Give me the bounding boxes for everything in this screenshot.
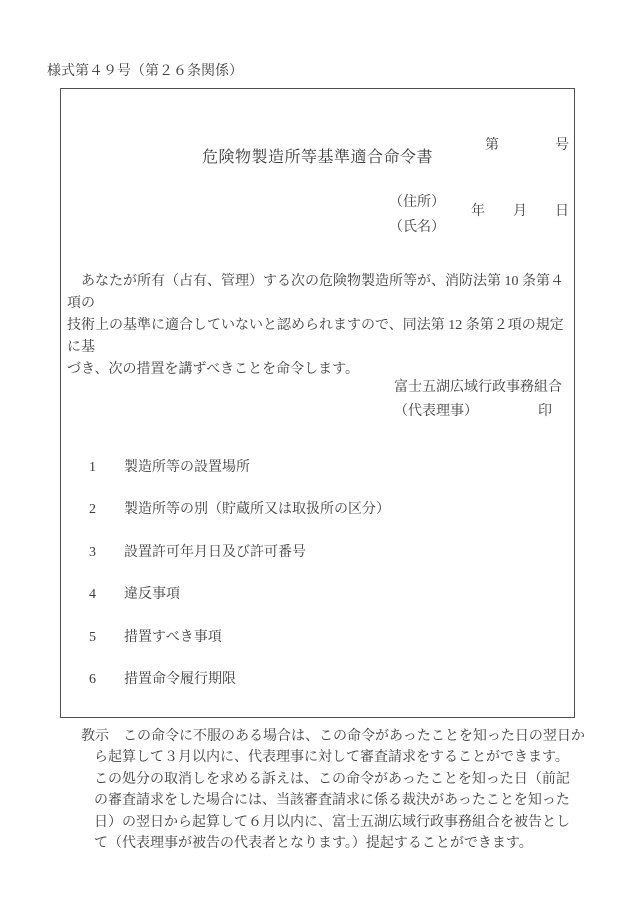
issuer-title-line: （代表理事） 印 [394, 400, 567, 424]
item-label: 製造所等の設置場所 [124, 459, 250, 476]
item-number: 6 [89, 671, 103, 688]
issuer-block: 富士五湖広域行政事務組合 （代表理事） 印 [394, 376, 567, 424]
order-item: 4 違反事項 [89, 586, 180, 603]
item-label: 違反事項 [124, 586, 180, 603]
form-number-label: 様式第４９号（第２６条関係） [47, 60, 243, 80]
seal-mark: 印 [538, 400, 552, 424]
order-item: 5 措置すべき事項 [89, 629, 222, 646]
issuer-title: （代表理事） [394, 400, 478, 424]
notice-line: ら起算して３月以内に、代表理事に対して審査請求をすることができます。 [94, 747, 578, 768]
notice-line: 日）の翌日から起算して６月以内に、富士五湖広域行政事務組合を被告とし [94, 812, 578, 833]
item-number: 4 [89, 586, 103, 603]
appeal-notice: 教示 この命令に不服のある場合は、この命令があったことを知った日の翌日か ら起算… [94, 726, 578, 854]
document-page: { "page": { "form_number": "様式第４９号（第２６条関… [0, 0, 630, 903]
item-number: 3 [89, 544, 103, 561]
address-placeholder: （住所） [389, 190, 445, 215]
recipient-block: （住所） （氏名） [389, 190, 445, 240]
date-line: 年 月 日 [471, 201, 569, 223]
item-number: 5 [89, 629, 103, 646]
item-number: 1 [89, 459, 103, 476]
order-item: 1 製造所等の設置場所 [89, 459, 250, 476]
doc-meta: 第 号 年 月 日 [471, 91, 569, 267]
name-placeholder: （氏名） [389, 215, 445, 240]
item-label: 設置許可年月日及び許可番号 [124, 544, 306, 561]
item-label: 措置すべき事項 [124, 629, 222, 646]
notice-line: て（代表理事が被告の代表者となります。）提起することができます。 [94, 833, 578, 854]
order-body-paragraph: あなたが所有（占有、管理）する次の危険物製造所等が、消防法第 10 条第４項の … [67, 271, 570, 381]
document-border-box: 第 号 年 月 日 危険物製造所等基準適合命令書 （住所） （氏名） あなたが所… [60, 88, 575, 718]
item-label: 措置命令履行期限 [124, 671, 236, 688]
order-item: 2 製造所等の別（貯蔵所又は取扱所の区分） [89, 501, 390, 518]
item-number: 2 [89, 501, 103, 518]
order-item: 3 設置許可年月日及び許可番号 [89, 544, 306, 561]
item-label: 製造所等の別（貯蔵所又は取扱所の区分） [124, 501, 390, 518]
document-title: 危険物製造所等基準適合命令書 [61, 144, 574, 167]
notice-line: この処分の取消しを求める訴えは、この命令があったことを知った日（前記 [94, 769, 578, 790]
notice-line: 教示 この命令に不服のある場合は、この命令があったことを知った日の翌日か [94, 726, 578, 747]
notice-line: の審査請求をした場合には、当該審査請求に係る裁決があったことを知った [94, 790, 578, 811]
order-item: 6 措置命令履行期限 [89, 671, 236, 688]
issuer-organization: 富士五湖広域行政事務組合 [394, 376, 567, 400]
